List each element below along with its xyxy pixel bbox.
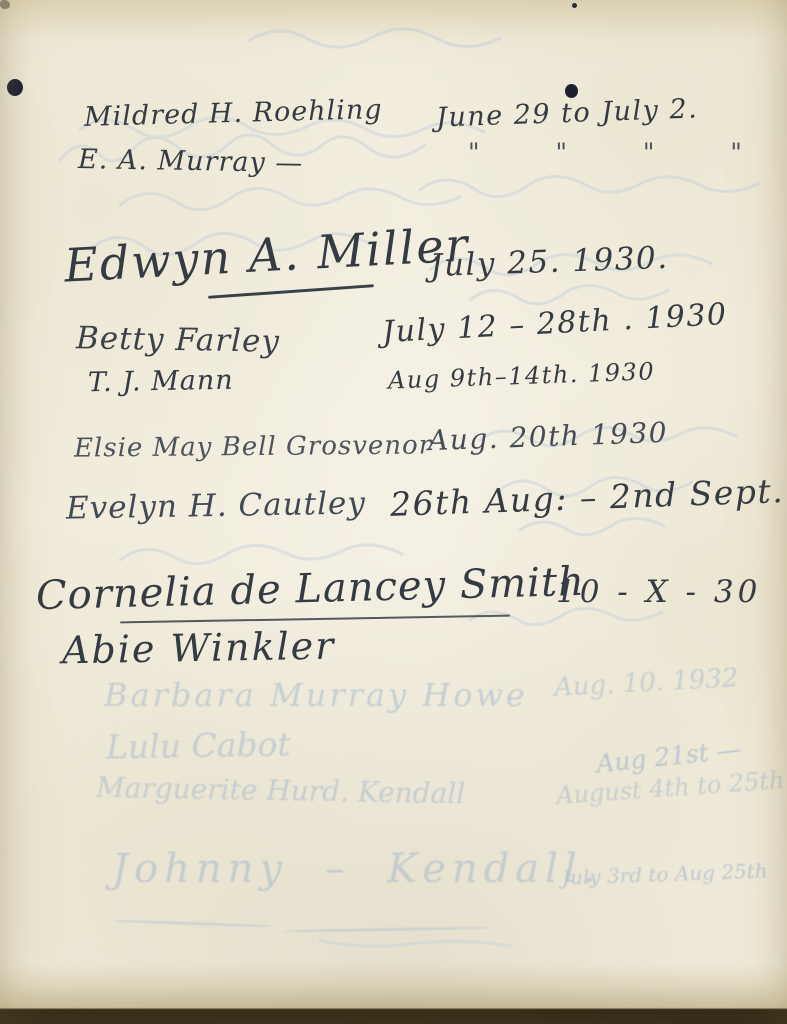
entry-name: T. J. Mann	[88, 365, 234, 399]
erased-entry-name: Barbara Murray Howe	[104, 676, 528, 714]
entry-name: Elsie May Bell Grosvenor	[74, 430, 432, 463]
entry-date: 10 - X - 30	[556, 574, 761, 610]
entry-name: Evelyn H. Cautley	[66, 485, 366, 526]
entry-date: Aug 9th–14th. 1930	[388, 357, 656, 394]
entry-name: Mildred H. Roehling	[84, 94, 383, 133]
entry-date: Aug. 20th 1930	[427, 416, 668, 457]
entry-name-signature: Edwyn A. Miller	[63, 217, 471, 292]
ink-dot	[572, 3, 577, 8]
guestbook-page: Mildred H. Roehling June 29 to July 2. E…	[0, 0, 787, 1024]
page-corner-smudge	[0, 0, 10, 9]
signature-underline	[120, 615, 510, 624]
entry-name: Betty Farley	[76, 320, 280, 360]
erased-underline	[282, 926, 492, 933]
entry-name-signature: Cornelia de Lancey Smith	[35, 559, 585, 619]
erased-underline	[112, 919, 272, 928]
entry-date: 26th Aug: – 2nd Sept.	[389, 471, 784, 524]
entry-name-signature: Abie Winkler	[62, 624, 336, 673]
entry-date: June 29 to July 2.	[436, 93, 699, 133]
erased-entry-date: August 4th to 25th	[555, 766, 785, 810]
erased-entry-name: Lulu Cabot	[106, 724, 291, 766]
erased-entry-name: Marguerite Hurd. Kendall	[96, 771, 466, 810]
entry-date: July 12 – 28th . 1930	[381, 297, 728, 350]
erased-entry-date: Aug. 10. 1932	[553, 663, 739, 703]
entry-name: E. A. Murray —	[78, 144, 304, 179]
signature-underline	[208, 284, 374, 299]
entry-date-ditto-marks: " " " "	[468, 138, 776, 167]
ink-blot	[565, 84, 578, 98]
ink-blot	[7, 79, 23, 96]
entry-date: July 25. 1930.	[429, 240, 669, 284]
erased-entry-name: Johnny – Kendall.	[112, 846, 601, 892]
